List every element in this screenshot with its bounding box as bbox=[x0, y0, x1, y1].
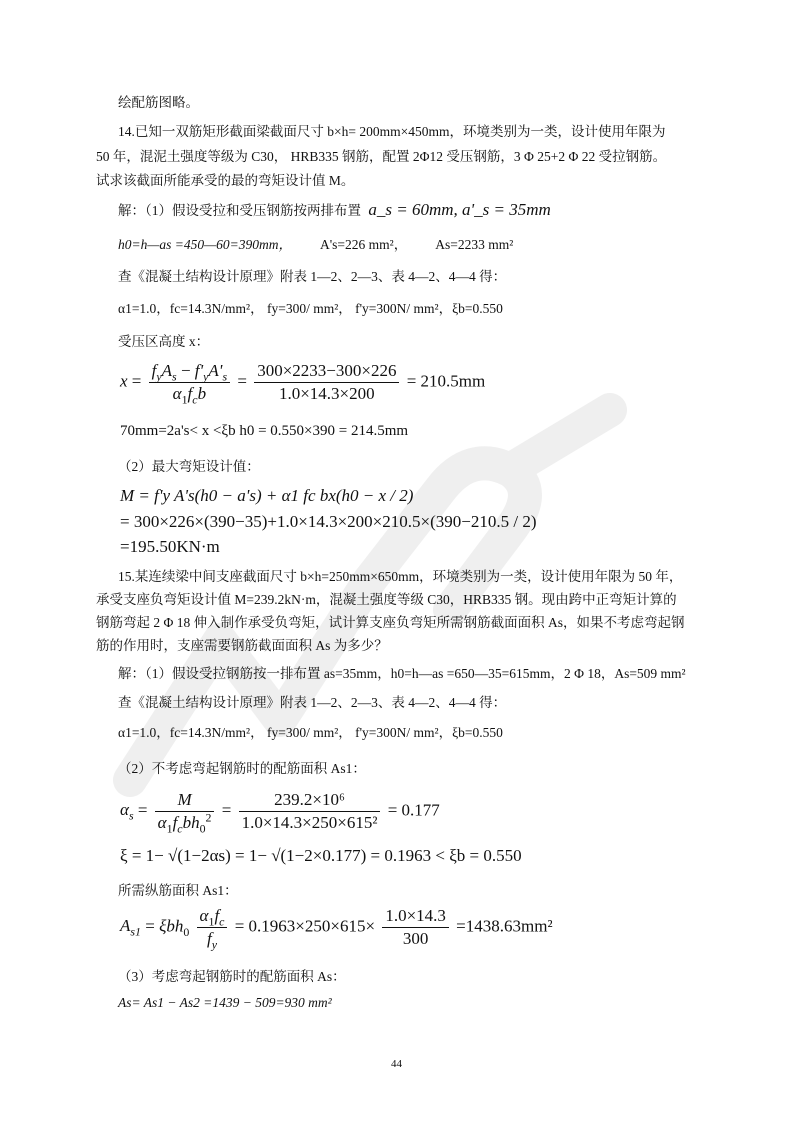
moment-result: =195.50KN·m bbox=[120, 537, 220, 557]
question-14-line-1: 14.已知一双筋矩形截面梁截面尺寸 b×h= 200mm×450mm，环境类别为… bbox=[118, 123, 665, 141]
parameters-line: α1=1.0，fc=14.3N/mm²， fy=300/ mm²， f'y=30… bbox=[118, 300, 503, 318]
step-2-label: （2）最大弯矩设计值： bbox=[118, 458, 260, 476]
As1-label: 所需纵筋面积 As1： bbox=[118, 882, 238, 900]
step-3-label: （3）考虑弯起钢筋时的配筋面积 As： bbox=[118, 968, 346, 986]
document-page: 绘配筋图略。 14.已知一双筋矩形截面梁截面尺寸 b×h= 200mm×450m… bbox=[0, 0, 793, 1122]
As1-equation: As1 = ξbh0 α1fcfy = 0.1963×250×615× 1.0×… bbox=[120, 906, 553, 949]
As-final: As= As1 − As2 =1439 − 509=930 mm² bbox=[118, 994, 332, 1012]
equation: a_s = 60mm, a'_s = 35mm bbox=[368, 200, 550, 219]
alpha-result: = 0.177 bbox=[388, 800, 440, 819]
x-numerator: 300×2233−300×226 bbox=[254, 361, 399, 383]
lookup-line-15: 查《混凝土结构设计原理》附表 1—2、2—3、表 4—2、4—4 得： bbox=[118, 694, 506, 712]
question-14-line-3: 试求该截面所能承受的最的弯矩设计值 M。 bbox=[96, 172, 354, 190]
As1-result: =1438.63mm² bbox=[456, 916, 552, 935]
page-number: 44 bbox=[0, 1058, 793, 1070]
step-2-label-15: （2）不考虑弯起钢筋时的配筋面积 As1： bbox=[118, 760, 366, 778]
step-text: 解：（1）假设受拉和受压钢筋按两排布置 bbox=[118, 203, 361, 218]
moment-formula: M = f'y A's(h0 − a's) + α1 fc bx(h0 − x … bbox=[120, 486, 413, 506]
solution-14-step-1: 解：（1）假设受拉和受压钢筋按两排布置 a_s = 60mm, a'_s = 3… bbox=[118, 201, 551, 220]
x-result: = 210.5mm bbox=[407, 371, 486, 390]
question-15-line-1: 15.某连续梁中间支座截面尺寸 b×h=250mm×650mm，环境类别为一类，… bbox=[118, 568, 682, 586]
x-equation: x = fyAs − f'yA'sα1fcb = 300×2233−300×22… bbox=[120, 361, 485, 404]
As-prime-value: A's=226 mm²， bbox=[320, 237, 407, 252]
As1-substitution: = 0.1963×250×615× bbox=[235, 916, 375, 935]
As-value: As=2233 mm² bbox=[435, 237, 513, 252]
question-15-line-2: 承受支座负弯矩设计值 M=239.2kN·m，混凝土强度等级 C30，HRB33… bbox=[96, 591, 677, 609]
x-label: 受压区高度 x： bbox=[118, 333, 209, 351]
solution-14-values: h0=h—as =450—60=390mm， A's=226 mm²， As=2… bbox=[118, 236, 513, 254]
question-14-line-2: 50 年，混泥土强度等级为 C30， HRB335 钢筋，配置 2Φ12 受压钢… bbox=[96, 148, 666, 166]
alpha-s-equation: αs = Mα1fcbh02 = 239.2×10⁶1.0×14.3×250×6… bbox=[120, 790, 440, 833]
text-line: 绘配筋图略。 bbox=[118, 94, 199, 112]
alpha-denominator: 1.0×14.3×250×615² bbox=[239, 812, 381, 833]
As1-frac-denominator: 300 bbox=[382, 928, 449, 949]
xi-equation: ξ = 1− √(1−2αs) = 1− √(1−2×0.177) = 0.19… bbox=[120, 846, 522, 866]
lookup-line: 查《混凝土结构设计原理》附表 1—2、2—3、表 4—2、4—4 得： bbox=[118, 268, 506, 286]
h0-value: h0=h—as =450—60=390mm， bbox=[118, 237, 292, 252]
question-15-line-4: 筋的作用时，支座需要钢筋截面面积 As 为多少？ bbox=[96, 637, 388, 655]
solution-15-step-1: 解：（1）假设受拉钢筋按一排布置 as=35mm，h0=h—as =650—35… bbox=[118, 665, 686, 683]
parameters-line-15: α1=1.0，fc=14.3N/mm²， fy=300/ mm²， f'y=30… bbox=[118, 724, 503, 742]
moment-substitution: = 300×226×(390−35)+1.0×14.3×200×210.5×(3… bbox=[120, 512, 537, 532]
alpha-numerator: 239.2×10⁶ bbox=[239, 790, 381, 812]
x-denominator: 1.0×14.3×200 bbox=[254, 383, 399, 404]
As1-frac-numerator: 1.0×14.3 bbox=[382, 906, 449, 928]
question-15-line-3: 钢筋弯起 2 Φ 18 伸入制作承受负弯矩，试计算支座负弯矩所需钢筋截面面积 A… bbox=[96, 614, 685, 632]
x-check: 70mm=2a's< x <ξb h0 = 0.550×390 = 214.5m… bbox=[120, 423, 408, 440]
